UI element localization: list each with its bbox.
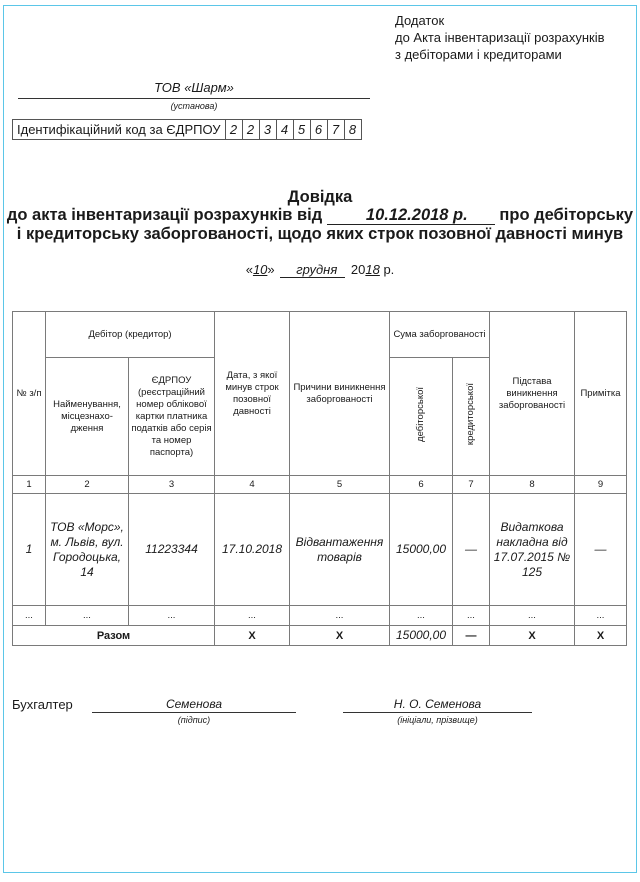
- appendix-line: Додаток: [395, 12, 605, 29]
- column-number: 2: [46, 476, 129, 494]
- header-num: № з/п: [13, 312, 46, 476]
- header-edrpou: ЄДРПОУ (реєстраційний номер облікової ка…: [129, 358, 215, 476]
- edrpou-digit: 2: [242, 120, 259, 140]
- title-line-3: і кредиторську заборгованості, щодо яких…: [0, 225, 640, 243]
- header-sum-group: Сума заборгованості: [390, 312, 490, 358]
- total-credit: —: [453, 626, 490, 646]
- title-heading: Довідка: [0, 188, 640, 206]
- edrpou-digit: 5: [293, 120, 310, 140]
- total-date: Х: [215, 626, 290, 646]
- cell-edrpou: ...: [129, 606, 215, 626]
- cell-num: 1: [13, 494, 46, 606]
- cell-credit: ...: [453, 606, 490, 626]
- cell-name: ...: [46, 606, 129, 626]
- quote-close: »: [267, 262, 274, 277]
- cell-edrpou: 11223344: [129, 494, 215, 606]
- header-credit: кредиторської: [453, 358, 490, 476]
- cell-note: ...: [575, 606, 627, 626]
- date-day: 10: [253, 262, 267, 277]
- total-row: Разом Х Х 15000,00 — Х Х: [13, 626, 627, 646]
- signature-caption: (підпис): [92, 715, 296, 725]
- column-number: 7: [453, 476, 490, 494]
- title-suffix: про дебіторську: [499, 206, 633, 224]
- act-date: 10.12.2018 р.: [327, 206, 495, 225]
- column-numbers-row: 1 2 3 4 5 6 7 8 9: [13, 476, 627, 494]
- date-month: грудня: [280, 262, 345, 278]
- title-prefix: до акта інвентаризації розрахунків від: [7, 206, 322, 224]
- organization-name: ТОВ «Шарм»: [18, 80, 370, 99]
- column-number: 5: [290, 476, 390, 494]
- name-caption: (ініціали, прізвище): [343, 715, 532, 725]
- column-number: 1: [13, 476, 46, 494]
- date-year-suffix: 18: [365, 262, 379, 277]
- header-note: Примітка: [575, 312, 627, 476]
- edrpou-digit: 2: [225, 120, 242, 140]
- cell-debit: ...: [390, 606, 453, 626]
- header-date: Дата, з якої минув строк позовної давнос…: [215, 312, 290, 476]
- organization-caption: (установа): [18, 101, 370, 111]
- header-name: Найменування, місцезнахо-дження: [46, 358, 129, 476]
- cell-debit: 15000,00: [390, 494, 453, 606]
- name-field: Н. О. Семенова: [343, 697, 532, 713]
- total-note: Х: [575, 626, 627, 646]
- cell-date: 17.10.2018: [215, 494, 290, 606]
- header-debtor-group: Дебітор (кредитор): [46, 312, 215, 358]
- cell-reasons: ...: [290, 606, 390, 626]
- edrpou-digit: 7: [327, 120, 344, 140]
- signer-role: Бухгалтер: [12, 697, 73, 712]
- header-reasons: Причини виникнення заборгованості: [290, 312, 390, 476]
- header-credit-label: кредиторської: [465, 383, 477, 445]
- signature-field: Семенова: [92, 697, 296, 713]
- edrpou-label: Ідентифікаційний код за ЄДРПОУ: [13, 120, 226, 140]
- cell-reasons: Відвантаження товарів: [290, 494, 390, 606]
- table-row: ... ... ... ... ... ... ... ... ...: [13, 606, 627, 626]
- edrpou-digit: 6: [310, 120, 327, 140]
- header-debit-label: дебіторської: [415, 387, 427, 442]
- document-title: Довідка до акта інвентаризації розрахунк…: [0, 188, 640, 243]
- title-line-2: до акта інвентаризації розрахунків від 1…: [0, 206, 640, 225]
- cell-credit: —: [453, 494, 490, 606]
- total-basis: Х: [490, 626, 575, 646]
- cell-name: ТОВ «Морс», м. Львів, вул. Городоцька, 1…: [46, 494, 129, 606]
- appendix-note: Додаток до Акта інвентаризації розрахунк…: [395, 12, 605, 63]
- total-reasons: Х: [290, 626, 390, 646]
- header-basis: Підстава виникнення заборгованості: [490, 312, 575, 476]
- total-label: Разом: [13, 626, 215, 646]
- edrpou-digit: 3: [259, 120, 276, 140]
- edrpou-code-box: Ідентифікаційний код за ЄДРПОУ 2 2 3 4 5…: [12, 119, 362, 140]
- cell-basis: ...: [490, 606, 575, 626]
- cell-note: —: [575, 494, 627, 606]
- edrpou-digit: 8: [344, 120, 361, 140]
- date-year-unit: р.: [383, 262, 394, 277]
- column-number: 8: [490, 476, 575, 494]
- cell-num: ...: [13, 606, 46, 626]
- column-number: 4: [215, 476, 290, 494]
- total-debit: 15000,00: [390, 626, 453, 646]
- cell-basis: Видаткова накладна від 17.07.2015 № 125: [490, 494, 575, 606]
- column-number: 9: [575, 476, 627, 494]
- appendix-line: з дебіторами і кредиторами: [395, 46, 605, 63]
- quote-open: «: [246, 262, 253, 277]
- cell-date: ...: [215, 606, 290, 626]
- header-debit: дебіторської: [390, 358, 453, 476]
- edrpou-digit: 4: [276, 120, 293, 140]
- debt-table: № з/п Дебітор (кредитор) Дата, з якої ми…: [12, 311, 627, 646]
- date-year-prefix: 20: [351, 262, 365, 277]
- appendix-line: до Акта інвентаризації розрахунків: [395, 29, 605, 46]
- table-row: 1 ТОВ «Морс», м. Львів, вул. Городоцька,…: [13, 494, 627, 606]
- document-date: «10» грудня 2018 р.: [0, 262, 640, 278]
- column-number: 3: [129, 476, 215, 494]
- column-number: 6: [390, 476, 453, 494]
